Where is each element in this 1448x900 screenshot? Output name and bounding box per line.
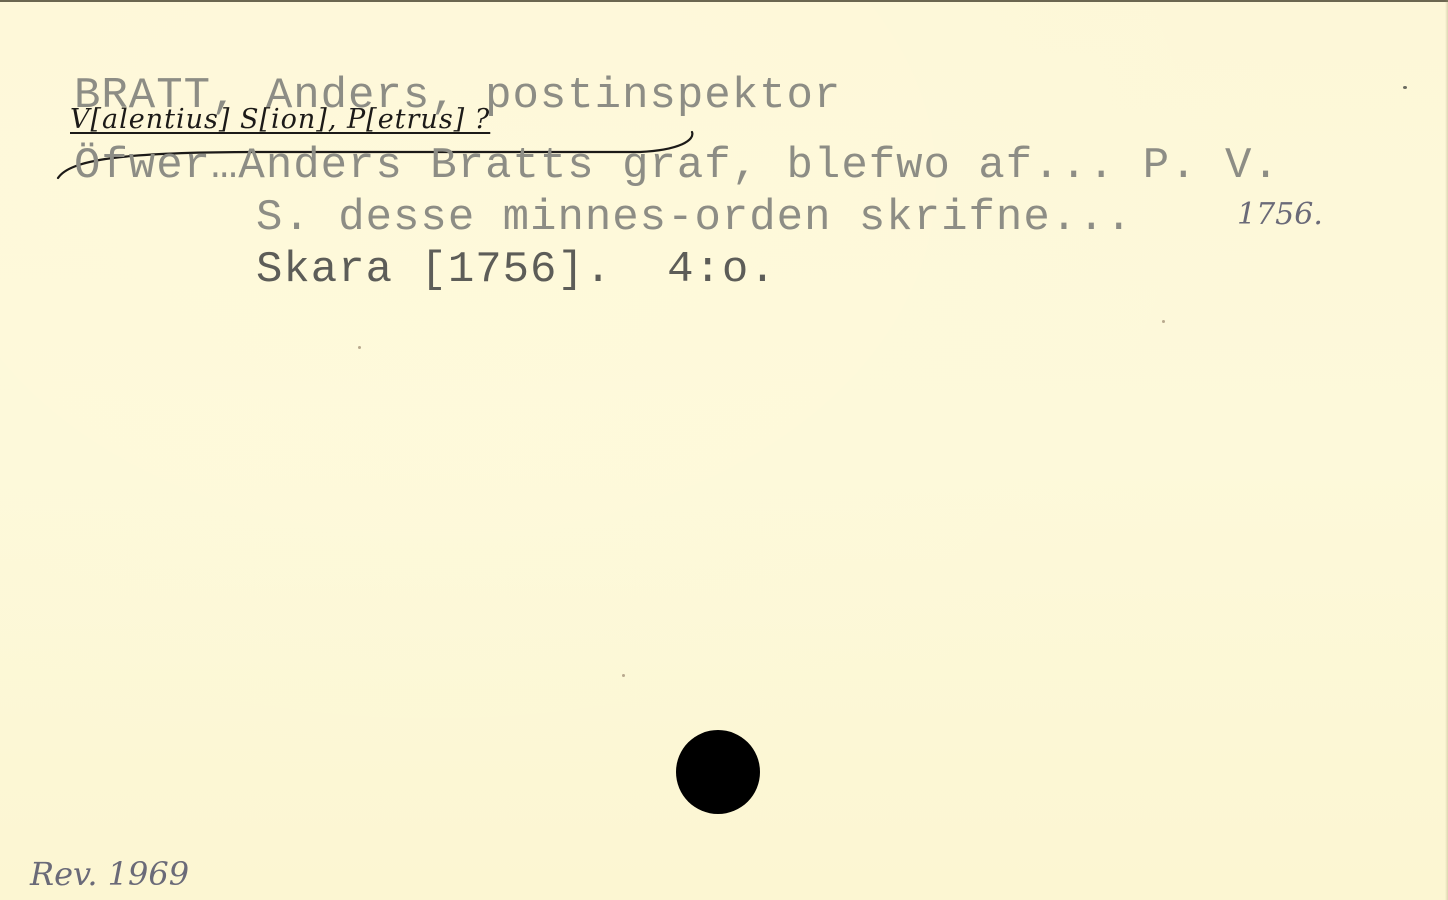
- card-top-edge: [0, 0, 1448, 2]
- paper-speck: [1162, 320, 1165, 323]
- revision-note: Rev. 1969: [30, 858, 189, 890]
- imprint-line: Skara [1756]. 4:o.: [256, 248, 777, 292]
- handwritten-added-entry: V[alentius] S[ion], P[etrus] ?: [70, 106, 490, 133]
- punch-hole: [676, 730, 760, 814]
- handwritten-date-note: 1756.: [1237, 200, 1323, 230]
- title-line-1: Öfwer…Anders Bratts graf, blefwo af... P…: [74, 144, 1280, 188]
- paper-speck: [1403, 86, 1407, 89]
- paper-speck: [358, 346, 361, 349]
- paper-speck: [622, 674, 625, 677]
- catalog-card: BRATT, Anders, postinspektor V[alentius]…: [0, 0, 1448, 900]
- title-line-2: S. desse minnes-orden skrifne...: [256, 196, 1133, 240]
